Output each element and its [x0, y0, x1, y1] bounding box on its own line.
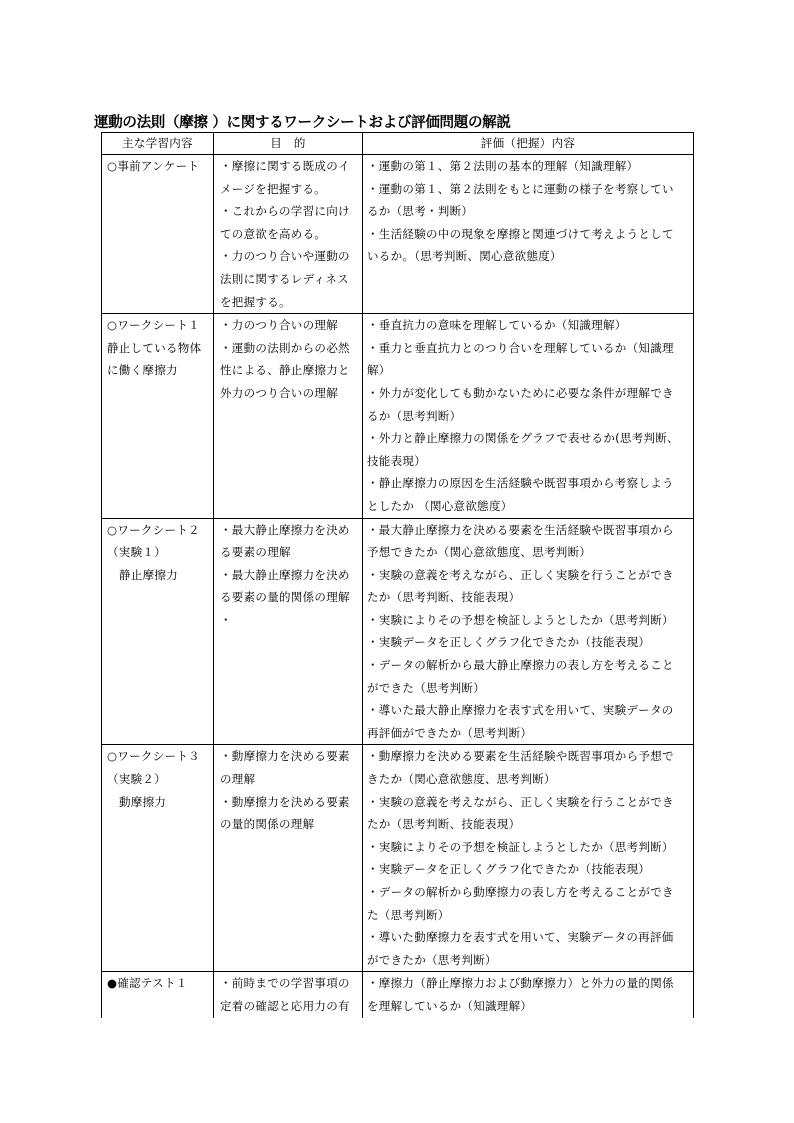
- purpose-line: ・最大静止摩擦力を決め: [220, 519, 359, 542]
- evaluation-line: ・実験データを正しくグラフ化できたか（技能表現）: [367, 858, 690, 881]
- evaluation-line: たか（思考判断、技能表現）: [367, 586, 690, 609]
- table-row-worksheet-1: ○ワークシート１ 静止している物体 に働く摩擦力 ・力のつり合いの理解 ・運動の…: [102, 314, 694, 518]
- cell-purpose: ・最大静止摩擦力を決め る要素の理解 ・最大静止摩擦力を決め る要素の量的関係の…: [214, 518, 363, 745]
- table-row-pre-survey: ○事前アンケート ・摩擦に関する既成のイ メージを把握する。 ・これからの学習に…: [102, 155, 694, 314]
- cell-purpose: ・摩擦に関する既成のイ メージを把握する。 ・これからの学習に向け ての意欲を高…: [214, 155, 363, 314]
- evaluation-line: としたか （関心意欲態度）: [367, 495, 690, 518]
- evaluation-line: ・動摩擦力を決める要素を生活経験や既習事項から予想で: [367, 745, 690, 768]
- evaluation-line: ・導いた最大静止摩擦力を表す式を用いて、実験データの: [367, 699, 690, 722]
- cell-evaluation: ・動摩擦力を決める要素を生活経験や既習事項から予想で きたか（関心意欲態度、思考…: [363, 745, 694, 972]
- evaluation-line: た（思考判断）: [367, 904, 690, 927]
- content-line: 動摩擦力: [107, 791, 210, 814]
- purpose-line: ・運動の法則からの必然: [220, 337, 359, 360]
- purpose-line: ・摩擦に関する既成のイ: [220, 155, 359, 178]
- content-line: （実験１）: [107, 541, 210, 564]
- evaluation-line: ・データの解析から動摩擦力の表し方を考えることができ: [367, 881, 690, 904]
- cell-learning-content: ○事前アンケート: [102, 155, 214, 314]
- evaluation-line: ・運動の第１、第２法則の基本的理解（知識理解）: [367, 155, 690, 178]
- cell-evaluation: ・運動の第１、第２法則の基本的理解（知識理解） ・運動の第１、第２法則をもとに運…: [363, 155, 694, 314]
- evaluation-line: ・実験の意義を考えながら、正しく実験を行うことができ: [367, 791, 690, 814]
- content-line: に働く摩擦力: [107, 359, 210, 382]
- cell-learning-content: ○ワークシート３ （実験２） 動摩擦力: [102, 745, 214, 972]
- evaluation-line: ・実験の意義を考えながら、正しく実験を行うことができ: [367, 564, 690, 587]
- content-line: ○ワークシート２: [107, 519, 210, 542]
- purpose-line: ・前時までの学習事項の: [220, 972, 359, 995]
- evaluation-line: 再評価ができたか（思考判断）: [367, 722, 690, 745]
- cell-purpose: ・動摩擦力を決める要素 の理解 ・動摩擦力を決める要素 の量的関係の理解: [214, 745, 363, 972]
- header-learning-content: 主な学習内容: [102, 133, 214, 155]
- evaluation-line: いるか。（思考判断、関心意欲態度）: [367, 245, 690, 268]
- cell-purpose: ・力のつり合いの理解 ・運動の法則からの必然 性による、静止摩擦力と 外力のつり…: [214, 314, 363, 518]
- content-line: 静止摩擦力: [107, 564, 210, 587]
- evaluation-line: ・実験によりその予想を検証しようとしたか（思考判断）: [367, 836, 690, 859]
- evaluation-line: ・外力と静止摩擦力の関係をグラフで表せるか(思考判断、: [367, 427, 690, 450]
- content-line: ○ワークシート１: [107, 314, 210, 337]
- table-row-worksheet-2: ○ワークシート２ （実験１） 静止摩擦力 ・最大静止摩擦力を決め る要素の理解 …: [102, 518, 694, 745]
- purpose-line: メージを把握する。: [220, 178, 359, 201]
- purpose-line: ・これからの学習に向け: [220, 200, 359, 223]
- purpose-line: の理解: [220, 768, 359, 791]
- purpose-line: の量的関係の理解: [220, 813, 359, 836]
- purpose-line: 定着の確認と応用力の有: [220, 995, 359, 1018]
- cell-learning-content: ●確認テスト１: [102, 972, 214, 1018]
- purpose-line: ・動摩擦力を決める要素: [220, 791, 359, 814]
- purpose-line: る要素の量的関係の理解: [220, 586, 359, 609]
- evaluation-line: ・生活経験の中の現象を摩擦と関連づけて考えようとして: [367, 223, 690, 246]
- worksheet-evaluation-table: 主な学習内容 目 的 評価（把握）内容 ○事前アンケート ・摩擦に関する既成のイ…: [101, 132, 694, 1018]
- header-evaluation: 評価（把握）内容: [363, 133, 694, 155]
- evaluation-line: ができた（思考判断）: [367, 677, 690, 700]
- content-line: （実験２）: [107, 768, 210, 791]
- header-purpose: 目 的: [214, 133, 363, 155]
- purpose-line: ・力のつり合いの理解: [220, 314, 359, 337]
- evaluation-line: るか（思考判断）: [367, 405, 690, 428]
- table-row-worksheet-3: ○ワークシート３ （実験２） 動摩擦力 ・動摩擦力を決める要素 の理解 ・動摩擦…: [102, 745, 694, 972]
- content-line: ○事前アンケート: [107, 155, 210, 178]
- evaluation-line: たか（思考判断、技能表現）: [367, 813, 690, 836]
- evaluation-line: ・外力が変化しても動かないために必要な条件が理解でき: [367, 382, 690, 405]
- purpose-line: を把握する。: [220, 291, 359, 314]
- purpose-line: 法則に関するレディネス: [220, 268, 359, 291]
- purpose-line: ・動摩擦力を決める要素: [220, 745, 359, 768]
- cell-purpose: ・前時までの学習事項の 定着の確認と応用力の有: [214, 972, 363, 1018]
- evaluation-line: ・重力と垂直抗力とのつり合いを理解しているか（知識理: [367, 337, 690, 360]
- cell-evaluation: ・垂直抗力の意味を理解しているか（知識理解） ・重力と垂直抗力とのつり合いを理解…: [363, 314, 694, 518]
- evaluation-line: ・摩擦力（静止摩擦力および動摩擦力）と外力の量的関係: [367, 972, 690, 995]
- evaluation-line: ・実験データを正しくグラフ化できたか（技能表現）: [367, 631, 690, 654]
- purpose-line: ・: [220, 609, 359, 632]
- purpose-line: ・最大静止摩擦力を決め: [220, 564, 359, 587]
- evaluation-line: 解）: [367, 359, 690, 382]
- content-line: ●確認テスト１: [107, 972, 210, 995]
- evaluation-line: 予想できたか（関心意欲態度、思考判断）: [367, 541, 690, 564]
- evaluation-line: を理解しているか（知識理解）: [367, 995, 690, 1018]
- evaluation-line: ・最大静止摩擦力を決める要素を生活経験や既習事項から: [367, 519, 690, 542]
- content-line: 静止している物体: [107, 337, 210, 360]
- evaluation-line: ・データの解析から最大静止摩擦力の表し方を考えること: [367, 654, 690, 677]
- cell-learning-content: ○ワークシート２ （実験１） 静止摩擦力: [102, 518, 214, 745]
- table-row-confirmation-test-1: ●確認テスト１ ・前時までの学習事項の 定着の確認と応用力の有 ・摩擦力（静止摩…: [102, 972, 694, 1018]
- content-line: ○ワークシート３: [107, 745, 210, 768]
- evaluation-line: るか（思考・判断）: [367, 200, 690, 223]
- evaluation-line: ・実験によりその予想を検証しようとしたか（思考判断）: [367, 609, 690, 632]
- cell-evaluation: ・最大静止摩擦力を決める要素を生活経験や既習事項から 予想できたか（関心意欲態度…: [363, 518, 694, 745]
- table-header-row: 主な学習内容 目 的 評価（把握）内容: [102, 133, 694, 155]
- cell-evaluation: ・摩擦力（静止摩擦力および動摩擦力）と外力の量的関係 を理解しているか（知識理解…: [363, 972, 694, 1018]
- purpose-line: ・力のつり合いや運動の: [220, 245, 359, 268]
- purpose-line: ての意欲を高める。: [220, 223, 359, 246]
- evaluation-line: 技能表現）: [367, 450, 690, 473]
- purpose-line: 外力のつり合いの理解: [220, 382, 359, 405]
- purpose-line: る要素の理解: [220, 541, 359, 564]
- evaluation-line: ができたか（思考判断）: [367, 949, 690, 972]
- evaluation-line: ・運動の第１、第２法則をもとに運動の様子を考察してい: [367, 178, 690, 201]
- evaluation-line: ・導いた動摩擦力を表す式を用いて、実験データの再評価: [367, 926, 690, 949]
- evaluation-line: きたか（関心意欲態度、思考判断）: [367, 768, 690, 791]
- purpose-line: 性による、静止摩擦力と: [220, 359, 359, 382]
- document-title: 運動の法則（摩擦 ）に関するワークシートおよび評価問題の解説: [94, 111, 511, 132]
- evaluation-line: ・静止摩擦力の原因を生活経験や既習事項から考察しよう: [367, 472, 690, 495]
- cell-learning-content: ○ワークシート１ 静止している物体 に働く摩擦力: [102, 314, 214, 518]
- evaluation-line: ・垂直抗力の意味を理解しているか（知識理解）: [367, 314, 690, 337]
